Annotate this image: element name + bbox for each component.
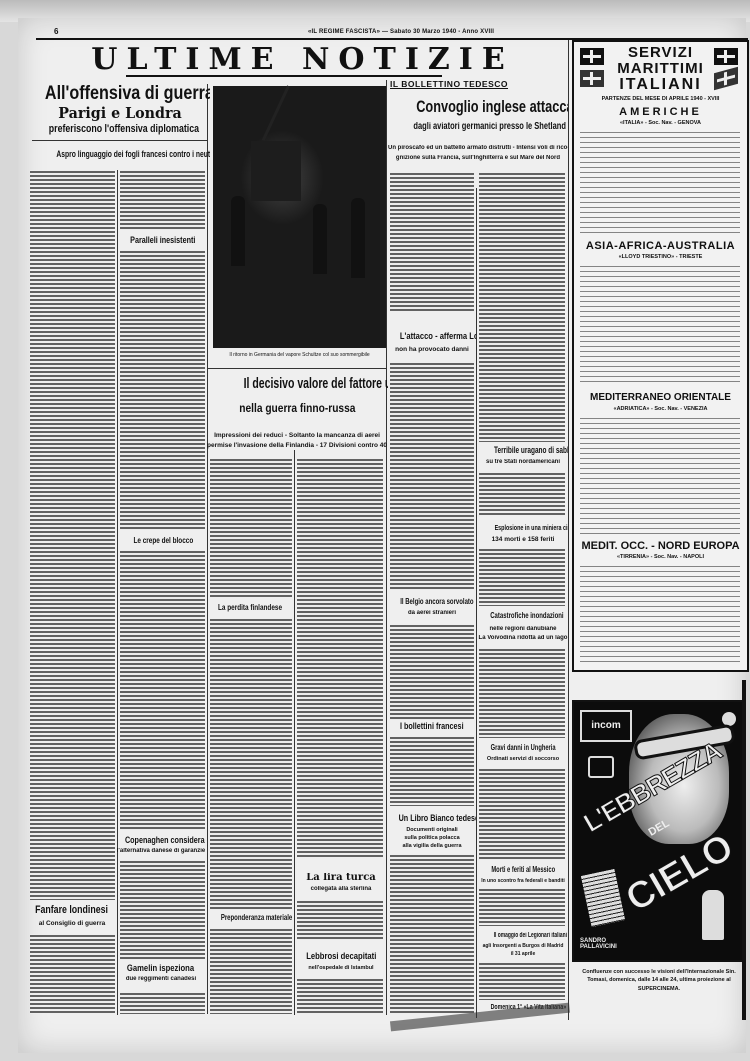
headline-fanfare: Fanfare londinesi <box>26 905 118 917</box>
headline-convoglio: Convoglio inglese attaccato <box>388 98 568 116</box>
film-ad-note: Confluenze con successo le visioni dell'… <box>575 968 743 993</box>
subhead-paralleli: Paralleli inesistenti <box>120 236 206 245</box>
deck-libro-2: sulla politica polacca <box>388 835 476 841</box>
deck-attacco-londra: non ha provocato danni <box>388 346 476 353</box>
photo-figure <box>231 196 245 266</box>
article-body <box>390 362 474 590</box>
article-body <box>297 458 383 858</box>
deck-libro-1: Documenti originali <box>388 827 476 833</box>
deck-uragano: su tre Stati nordamericani <box>478 459 568 465</box>
deck-fanfare: al Consiglio di guerra <box>26 920 118 927</box>
headline-bollettini-francesi: I bollettini francesi <box>388 722 476 731</box>
line-tirrenia: «TIRRENIA» - Soc. Nav. - NAPOLI <box>574 554 747 560</box>
deck-offensiva-diplomatica: preferiscono l'offensiva diplomatica <box>30 124 210 136</box>
headline-libro-bianco: Un Libro Bianco tedesco <box>388 814 476 823</box>
deck-danubiane: nelle regioni danubiane <box>478 626 568 632</box>
article-body <box>210 618 292 910</box>
cast-box <box>581 869 625 927</box>
headline-fattore-umano: Il decisivo valore del fattore umano <box>206 376 388 392</box>
article-body <box>479 888 565 926</box>
ad-subtitle: PARTENZE DEL MESE DI APRILE 1940 - XVIII <box>574 96 747 102</box>
line-lloyd: «LLOYD TRIESTINO» - TRIESTE <box>574 254 747 260</box>
ad-title-2: MARITTIMI <box>574 60 747 77</box>
film-credit: SANDRO PALLAVICINI <box>580 938 640 950</box>
article-body <box>120 170 205 230</box>
article-body <box>297 900 383 940</box>
region-mediterraneo: MEDITERRANEO ORIENTALE <box>574 392 747 403</box>
region-asia-africa: ASIA-AFRICA-AUSTRALIA <box>574 240 747 252</box>
column-rule <box>294 450 295 1015</box>
column-rule <box>117 170 118 1015</box>
column-rule <box>207 84 208 1014</box>
ad-title-1: SERVIZI <box>574 44 747 61</box>
film-poster-ad: incom L'EBBREZZA DEL CIELO SANDRO PALLAV… <box>572 700 746 962</box>
schedule-lines <box>580 416 740 536</box>
article-body <box>120 992 205 1014</box>
deck-lebbrosi: nell'ospedale di Istambul <box>295 965 387 971</box>
article-body <box>297 978 383 1014</box>
photo-conning-tower <box>251 141 301 201</box>
page-number: 6 <box>54 27 58 36</box>
deck-ungheria: Ordinati servizi di soccorso <box>478 756 568 762</box>
schedule-lines <box>580 264 740 384</box>
scan-edge <box>742 680 746 1020</box>
article-body <box>390 736 474 806</box>
article-body <box>479 472 565 516</box>
schedule-lines <box>580 130 740 235</box>
article-body <box>120 860 205 960</box>
headline-attacco-londra: L'attacco - afferma Londra <box>388 332 476 342</box>
deck-shetland: dagli aviatori germanici presso le Shetl… <box>388 122 568 133</box>
region-medit-occ: MEDIT. OCC. - NORD EUROPA <box>574 540 747 552</box>
headline-lebbrosi: Lebbrosi decapitati <box>295 952 387 961</box>
article-body <box>479 648 565 738</box>
subhead-preponderanza: Preponderanza materiale russa <box>206 914 294 922</box>
deck-gamelin: due reggimenti canadesi <box>115 976 207 982</box>
line-italia: «ITALIA» - Soc. Nav. - GENOVA <box>574 120 747 126</box>
headline-lira-turca: La lira turca <box>295 873 387 884</box>
headline-offensiva: All'offensiva di guerra <box>30 84 210 104</box>
region-americhe: AMERICHE <box>574 106 747 118</box>
maritime-services-ad: SERVIZI MARITTIMI ITALIANI PARTENZE DEL … <box>572 40 749 672</box>
deck-lira-turca: collegata alla sterlina <box>295 886 387 892</box>
photo-caption: Il ritorno in Germania del vapore Schult… <box>213 352 386 358</box>
divider <box>32 140 208 141</box>
summary-bollettino-1: Un piroscafo ed un battello armato distr… <box>388 145 568 151</box>
deck-libro-3: alla vigilia della guerra <box>388 843 476 849</box>
propeller-icon <box>588 756 614 778</box>
deck-parigi-londra: Parigi e Londra <box>30 106 210 122</box>
headline-catastrofiche: Catastrofiche inondazioni <box>478 612 568 620</box>
headline-messico: Morti e feriti al Messico <box>478 866 568 874</box>
headline-copenaghen: Copenaghen considera <box>115 836 207 845</box>
incom-logo: incom <box>580 710 632 742</box>
divider <box>208 368 386 369</box>
article-body <box>390 624 474 720</box>
headline-gamelin: Gamelin ispeziona <box>115 964 207 973</box>
article-body <box>210 928 292 1014</box>
article-body <box>479 768 565 860</box>
deck-voivodina: La Voivodina ridotta ad un lago <box>478 635 568 641</box>
summary-fattore-1: Impressioni dei reduci - Soltanto la man… <box>206 432 388 439</box>
deck-copenaghen: l'alternativa danese di garanzie <box>115 848 207 854</box>
deck-belgio: da aerei stranieri <box>388 610 476 616</box>
schedule-lines <box>580 564 740 662</box>
article-body <box>210 458 292 598</box>
article-body <box>479 962 565 1000</box>
summary-fattore-2: permise l'invasione della Finlandia - 17… <box>206 442 388 449</box>
article-body <box>120 550 205 830</box>
headline-ungheria: Gravi danni in Ungheria <box>478 744 568 752</box>
summary-bollettino-2: gnizione sulla Francia, sull'Inghilterra… <box>388 155 568 161</box>
headline-belgio: Il Belgio ancora sorvolato <box>388 598 476 606</box>
masthead-line: «IL REGIME FASCISTA» — Sabato 30 Marzo 1… <box>308 29 494 35</box>
deck-legionari-1: agli Insorgenti a Burgos di Madrid <box>478 943 568 949</box>
article-body <box>120 250 205 530</box>
photo-figure <box>313 204 327 274</box>
deck-messico: In uno scontro fra federali e banditi <box>478 878 568 884</box>
submarine-photo <box>213 86 386 348</box>
deck-legionari-2: il 31 aprile <box>478 951 568 957</box>
column-rule <box>568 40 569 1020</box>
column-rule <box>476 188 477 1018</box>
article-body <box>390 854 474 1014</box>
deck-finno-russa: nella guerra finno-russa <box>206 402 388 415</box>
line-adriatica: «ADRIATICA» - Soc. Nav. - VENEZIA <box>574 406 747 412</box>
article-body <box>479 172 565 442</box>
headline-uragano: Terribile uragano di sabbia <box>478 446 568 455</box>
subhead-crepe-blocco: Le crepe del blocco <box>120 537 206 545</box>
article-body <box>390 172 474 312</box>
article-body <box>30 170 115 900</box>
subhead-perdita-finlandese: La perdita finlandese <box>206 604 294 612</box>
headline-esplosione: Esplosione in una miniera cinese <box>478 524 568 532</box>
ad-title-3: ITALIANI <box>574 76 747 94</box>
folio-line: 6 «IL REGIME FASCISTA» — Sabato 30 Marzo… <box>38 27 748 37</box>
banner-underline <box>126 75 442 77</box>
photo-periscope <box>262 85 290 141</box>
banner-headline: ULTIME NOTIZIE <box>40 42 565 78</box>
article-body <box>479 548 565 606</box>
pilot-figure <box>702 890 724 940</box>
deck-aspro-linguaggio: Aspro linguaggio dei fogli francesi cont… <box>30 150 210 159</box>
kicker-bollettino: IL BOLLETTINO TEDESCO <box>390 80 565 89</box>
headline-legionari: Il omaggio dei Legionari italiani <box>478 932 568 939</box>
deck-esplosione: 134 morti e 158 feriti <box>478 536 568 543</box>
photo-figure <box>351 198 365 278</box>
article-body <box>30 934 115 1014</box>
